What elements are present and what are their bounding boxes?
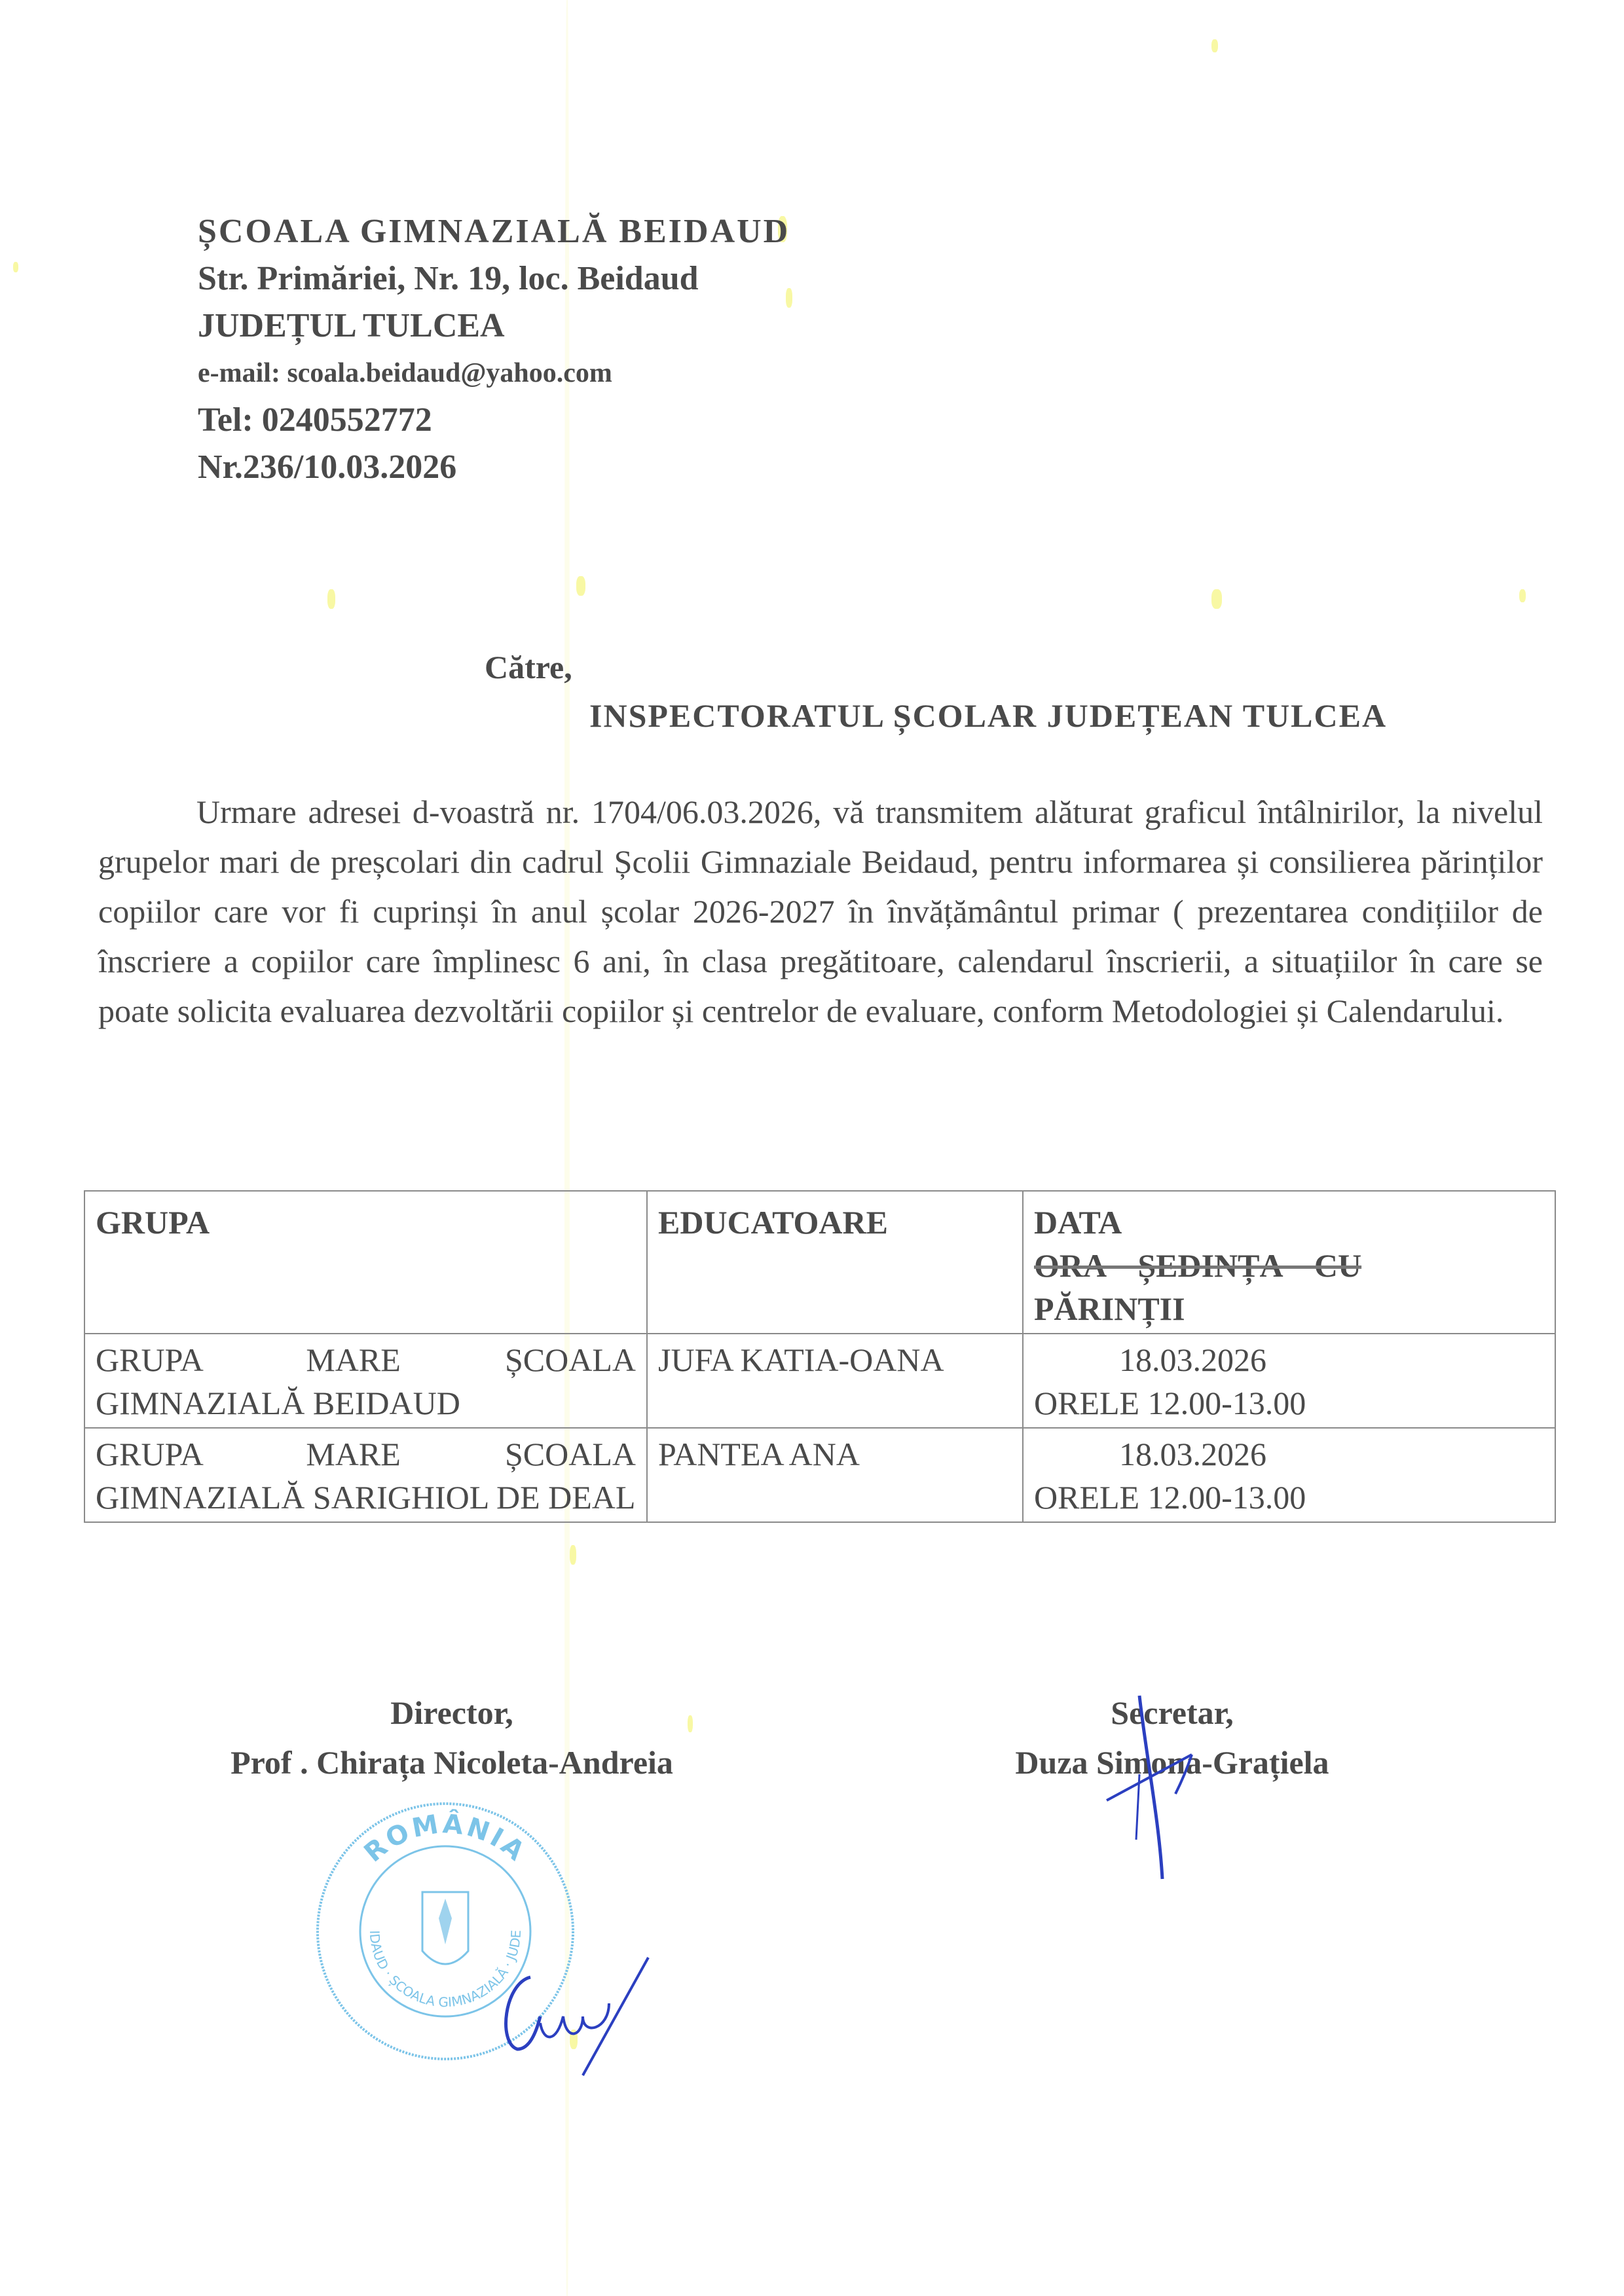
school-name: ȘCOALA GIMNAZIALĂ BEIDAUD — [198, 208, 790, 255]
cell-data-ora: 18.03.2026 ORELE 12.00-13.00 — [1023, 1334, 1555, 1428]
secretary-signature-icon — [1100, 1689, 1244, 1886]
school-address: Str. Primăriei, Nr. 19, loc. Beidaud — [198, 255, 790, 302]
director-name: Prof . Chirața Nicoleta-Andreia — [196, 1738, 707, 1787]
body-paragraph: Urmare adresei d-voastră nr. 1704/06.03.… — [98, 787, 1543, 1036]
cell-grupa: GRUPA MARE ȘCOALA GIMNAZIALĂ SARIGHIOL D… — [84, 1428, 647, 1522]
school-letterhead: ȘCOALA GIMNAZIALĂ BEIDAUD Str. Primăriei… — [198, 208, 790, 491]
to-label: Către, — [485, 648, 572, 686]
cell-data-ora: 18.03.2026 ORELE 12.00-13.00 — [1023, 1428, 1555, 1522]
header-data: DATA ORA ȘEDINȚA CU PĂRINȚII — [1023, 1191, 1555, 1334]
cell-grupa: GRUPA MARE ȘCOALA GIMNAZIALĂ BEIDAUD — [84, 1334, 647, 1428]
table-header-row: GRUPA EDUCATOARE DATA ORA ȘEDINȚA CU PĂR… — [84, 1191, 1555, 1334]
meetings-table: GRUPA EDUCATOARE DATA ORA ȘEDINȚA CU PĂR… — [84, 1190, 1556, 1523]
cell-educatoare: PANTEA ANA — [647, 1428, 1023, 1522]
school-phone: Tel: 0240552772 — [198, 397, 790, 444]
table-row: GRUPA MARE ȘCOALA GIMNAZIALĂ SARIGHIOL D… — [84, 1428, 1555, 1522]
addressee-institution: INSPECTORATUL ȘCOLAR JUDEȚEAN TULCEA — [589, 697, 1387, 735]
director-signature-block: Director, Prof . Chirața Nicoleta-Andrei… — [196, 1688, 707, 1787]
header-educatoare: EDUCATOARE — [647, 1191, 1023, 1334]
director-role: Director, — [196, 1688, 707, 1738]
header-grupa: GRUPA — [84, 1191, 647, 1334]
school-email: e-mail: scoala.beidaud@yahoo.com — [198, 350, 790, 397]
table-row: GRUPA MARE ȘCOALA GIMNAZIALĂ BEIDAUD JUF… — [84, 1334, 1555, 1428]
svg-text:ROMÂNIA: ROMÂNIA — [359, 1808, 532, 1868]
director-signature-icon — [485, 1951, 668, 2082]
registration-number: Nr.236/10.03.2026 — [198, 444, 790, 491]
school-county: JUDEȚUL TULCEA — [198, 302, 790, 350]
cell-educatoare: JUFA KATIA-OANA — [647, 1334, 1023, 1428]
